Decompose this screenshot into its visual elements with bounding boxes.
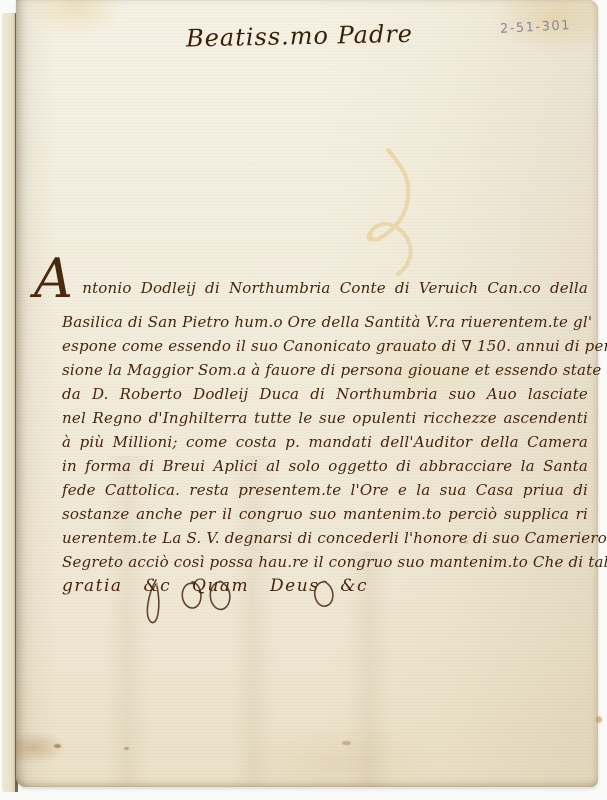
manuscript-scan: Beatiss.mo Padre 2-51-301 Antonio Dodlei… xyxy=(0,0,607,800)
salutation: Beatiss.mo Padre xyxy=(186,19,427,52)
ink-bleedthrough-mark xyxy=(348,142,468,282)
body-line: nel Regno d'Inghilterra tutte le sue opu… xyxy=(62,406,588,430)
body-line: sostanze anche per il congruo suo manten… xyxy=(62,502,588,526)
body-line: à più Millioni; come costa p. mandati de… xyxy=(62,430,588,454)
body-line: in forma di Breui Aplici al solo oggetto… xyxy=(62,454,588,478)
ink-stain-speck xyxy=(596,716,602,723)
body-line: Antonio Dodleij di Northumbria Conte di … xyxy=(62,276,588,300)
body-line: Basilica di San Pietro hum.o Ore della S… xyxy=(62,310,588,334)
body-line: sione la Maggior Som.a à fauore di perso… xyxy=(62,358,588,382)
body-line: espone come essendo il suo Canonicato gr… xyxy=(62,334,588,358)
body-line: fede Cattolica. resta presentem.te l'Ore… xyxy=(62,478,588,502)
body-line: da D. Roberto Dodleij Duca di Northumbri… xyxy=(62,382,588,406)
petition-body-text: Antonio Dodleij di Northumbria Conte di … xyxy=(62,276,588,598)
ink-stain-speck xyxy=(54,744,61,748)
body-line: Segreto acciò così possa hau.re il congr… xyxy=(62,550,588,574)
closing-flourish-descenders xyxy=(90,578,350,640)
body-line: uerentem.te La S. V. degnarsi di concede… xyxy=(62,526,588,550)
ink-stain-speck xyxy=(124,747,129,750)
ink-stain-speck xyxy=(342,741,351,745)
